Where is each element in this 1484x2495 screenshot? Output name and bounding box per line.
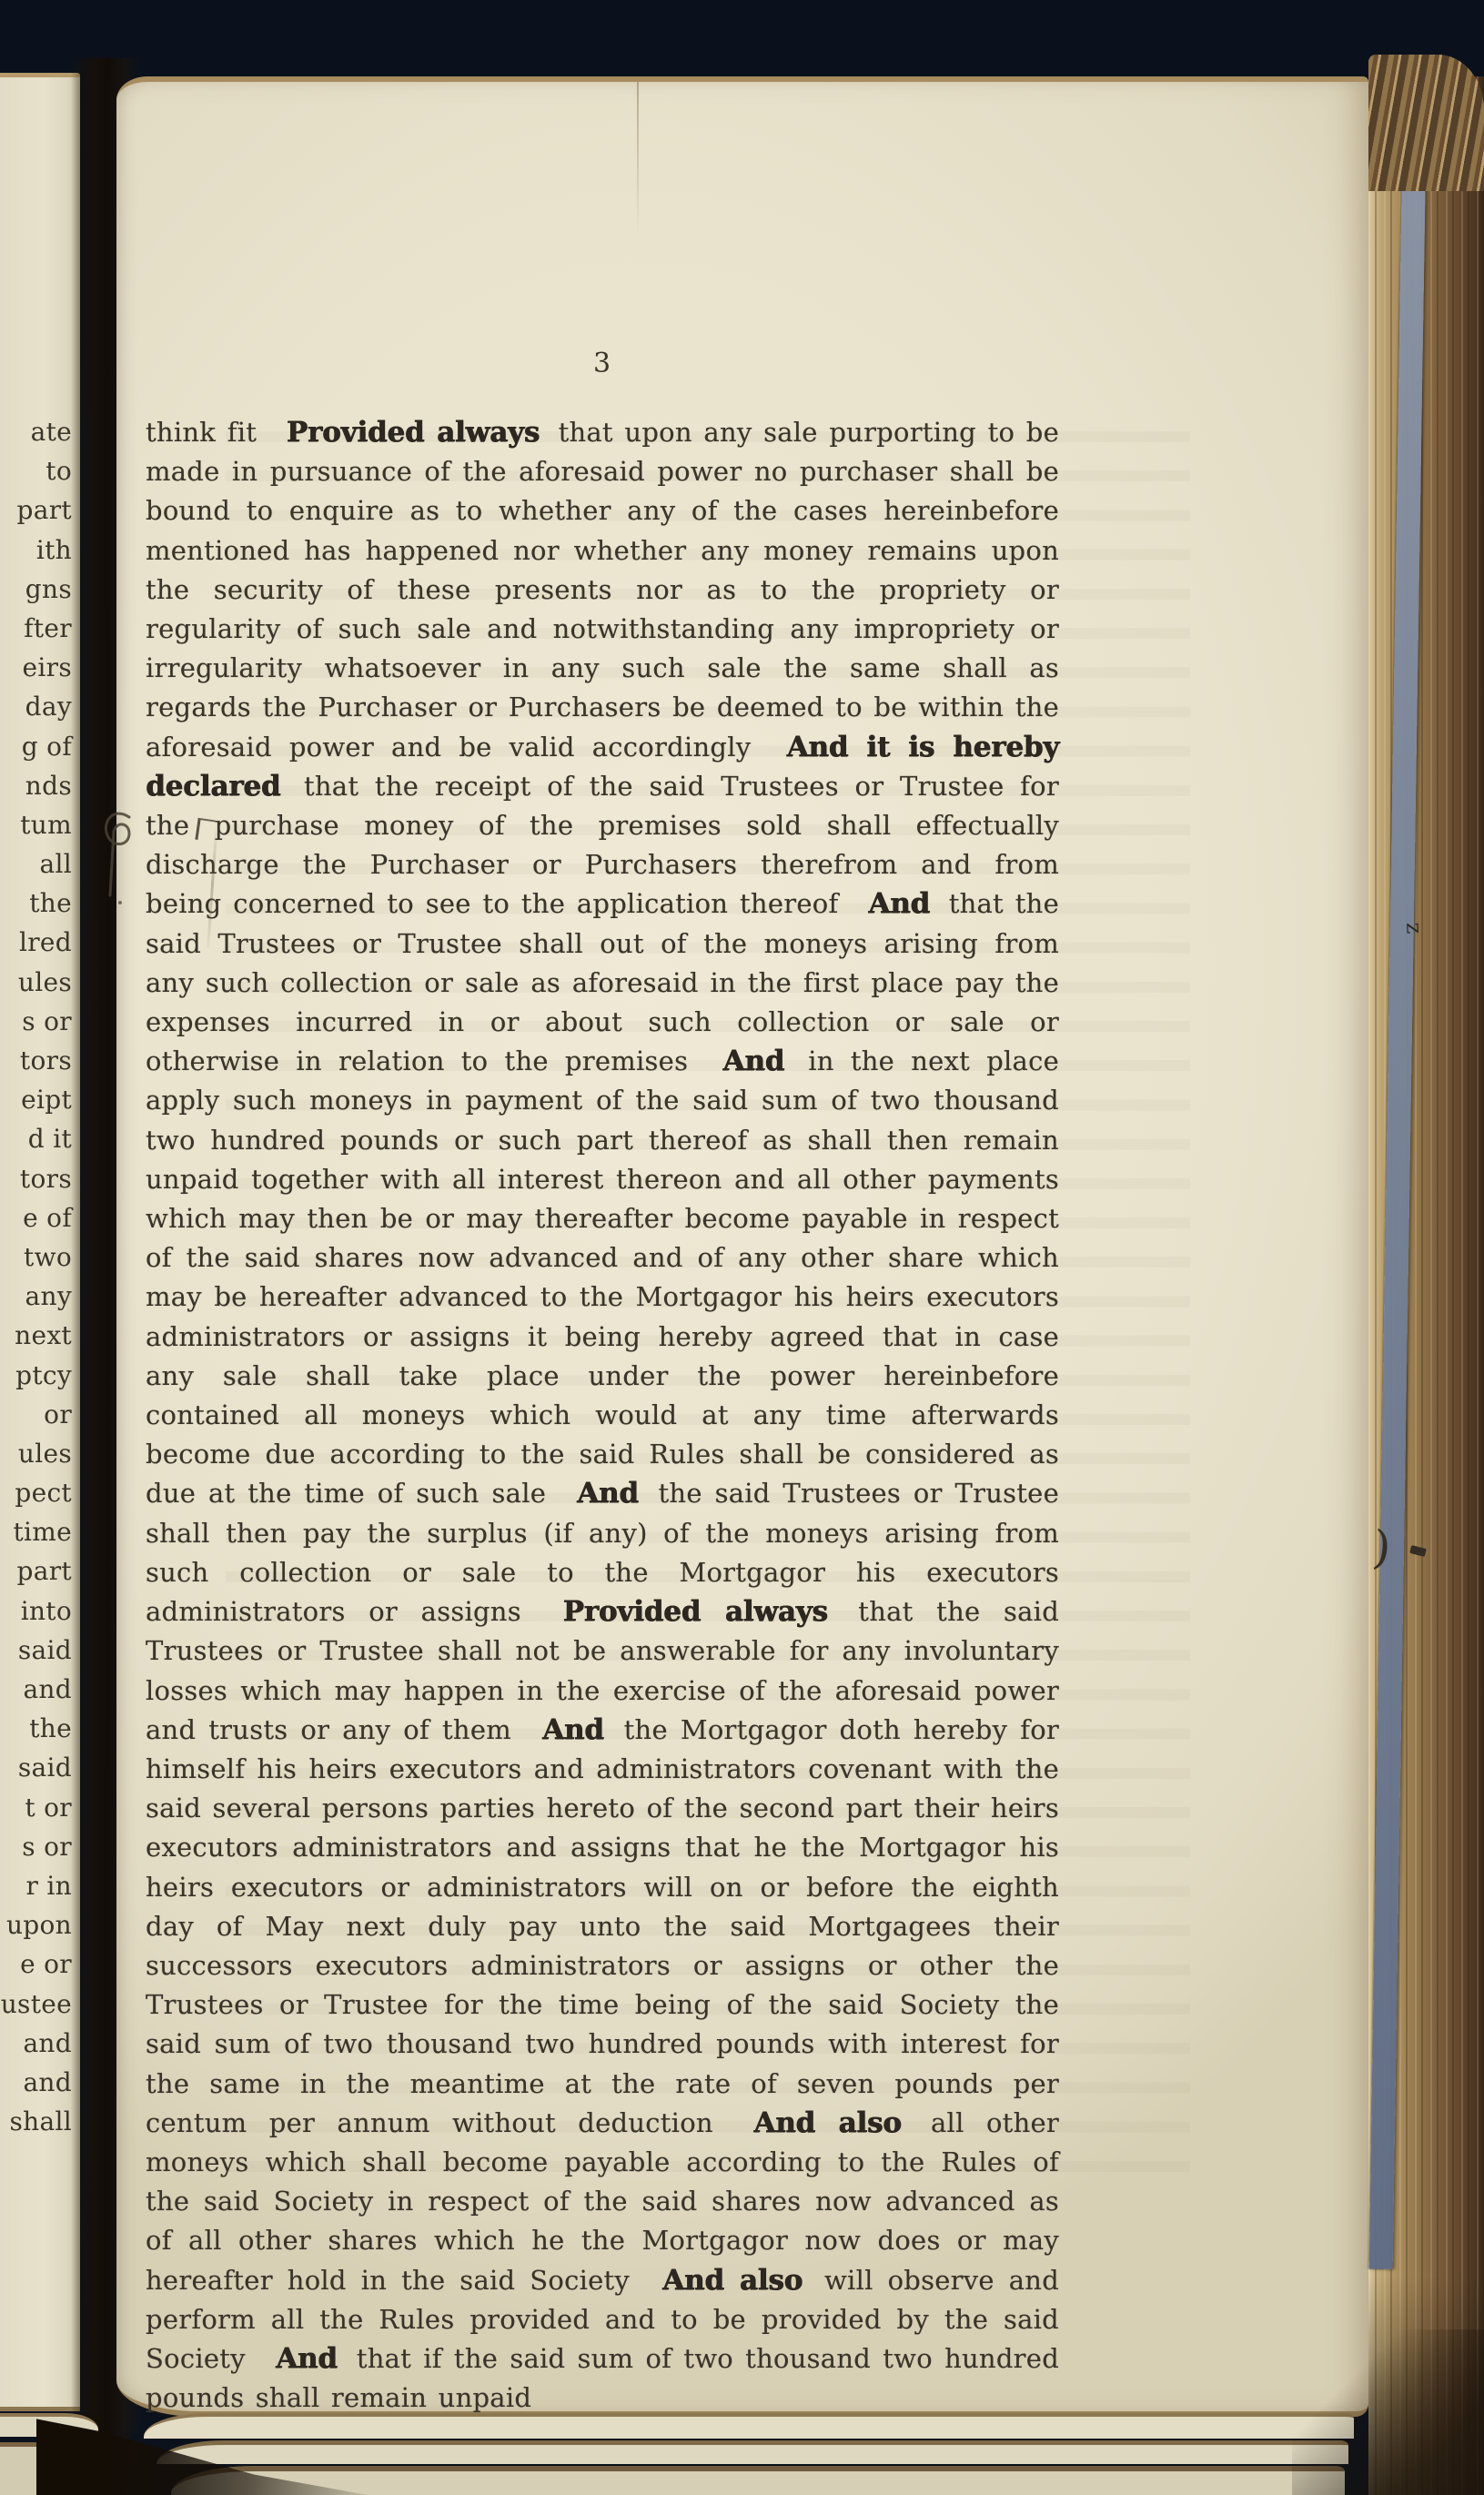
blackletter-phrase: And [868, 887, 930, 920]
bottom-page-edge [171, 2466, 1345, 2495]
body-segment: in the next place apply such moneys in p… [146, 1045, 1059, 1509]
bottom-page-edge [156, 2440, 1348, 2464]
margin-fragment: to [0, 451, 80, 490]
margin-fragment: next [0, 1316, 80, 1355]
margin-fragment: t or [0, 1788, 80, 1827]
blackletter-phrase: And [276, 2342, 338, 2375]
margin-fragment: shall [0, 2102, 80, 2141]
margin-fragment: two [0, 1237, 80, 1277]
body-segment: think fit [146, 417, 257, 448]
margin-fragment: r in [0, 1866, 80, 1905]
blackletter-phrase: And [542, 1713, 604, 1746]
margin-fragment: eirs [0, 648, 80, 687]
body-segment: the Mortgagor doth hereby for himself hi… [146, 1714, 1059, 2138]
margin-fragment: nds [0, 766, 80, 805]
margin-fragment: and [0, 1670, 80, 1709]
margin-fragment: said [0, 1631, 80, 1670]
margin-fragment: g of [0, 727, 80, 766]
margin-fragment: upon [0, 1905, 80, 1944]
blackletter-phrase: And [722, 1045, 784, 1077]
margin-fragment: d it [0, 1119, 80, 1158]
margin-fragment: part [0, 490, 80, 530]
margin-fragment: gns [0, 570, 80, 609]
blackletter-phrase: Provided always [562, 1595, 827, 1628]
margin-fragment: s or [0, 1827, 80, 1866]
fore-edge-crinkle [1368, 55, 1484, 191]
margin-fragment: ate [0, 412, 80, 451]
margin-fragment: s or [0, 1002, 80, 1041]
margin-pen-mark-icon [98, 808, 153, 926]
margin-fragment: and [0, 2024, 80, 2063]
page-number: 3 [146, 348, 1059, 379]
bottom-right-shadow [1292, 2329, 1484, 2495]
margin-fragment: ith [0, 530, 80, 570]
page-crease [637, 82, 639, 237]
margin-fragment: any [0, 1277, 80, 1316]
margin-fragment: ptcy [0, 1356, 80, 1395]
margin-fragment: ustee [0, 1985, 80, 2024]
margin-fragment: into [0, 1591, 80, 1631]
body-text: think fit Provided always that upon any … [146, 413, 1059, 2418]
facing-page-sliver: atetopartithgnsftereirsdayg ofndstumallt… [0, 73, 80, 2411]
margin-fragment: e or [0, 1944, 80, 1984]
blackletter-phrase: Provided always [287, 416, 540, 449]
fore-edge-scribble-mark: z [1401, 922, 1427, 934]
blackletter-phrase: And [577, 1477, 639, 1510]
margin-fragment: ules [0, 1434, 80, 1473]
margin-fragment: pect [0, 1473, 80, 1512]
margin-fragment: and [0, 2063, 80, 2102]
margin-fragment: tors [0, 1041, 80, 1080]
fore-edge-stack [1368, 76, 1484, 2495]
margin-fragment: day [0, 687, 80, 726]
margin-tick-mark-icon [195, 818, 215, 842]
body-segment: that upon any sale purporting to be made… [146, 417, 1059, 763]
margin-fragment: time [0, 1512, 80, 1551]
margin-fragment: tum [0, 805, 80, 844]
margin-fragment: the [0, 1709, 80, 1748]
margin-fragment: the [0, 884, 80, 923]
margin-fragment: part [0, 1551, 80, 1591]
bottom-page-edge [144, 2413, 1354, 2439]
margin-fragment: eipt [0, 1080, 80, 1119]
blackletter-phrase: And also [662, 2264, 803, 2297]
margin-fragment: fter [0, 609, 80, 648]
margin-fragment: ules [0, 963, 80, 1002]
margin-fragment: all [0, 844, 80, 884]
margin-fragment: e of [0, 1198, 80, 1237]
margin-fragment: or [0, 1395, 80, 1434]
margin-fragment: said [0, 1748, 80, 1787]
blackletter-phrase: And also [753, 2106, 901, 2139]
margin-fragment: tors [0, 1159, 80, 1198]
book-photo: { "page": { "number": "3", "body_segment… [0, 0, 1484, 2495]
left-margin-fragments: atetopartithgnsftereirsdayg ofndstumallt… [0, 412, 80, 2141]
margin-fragment: lred [0, 923, 80, 962]
document-page: 3 think fit Provided always that upon an… [116, 76, 1368, 2417]
